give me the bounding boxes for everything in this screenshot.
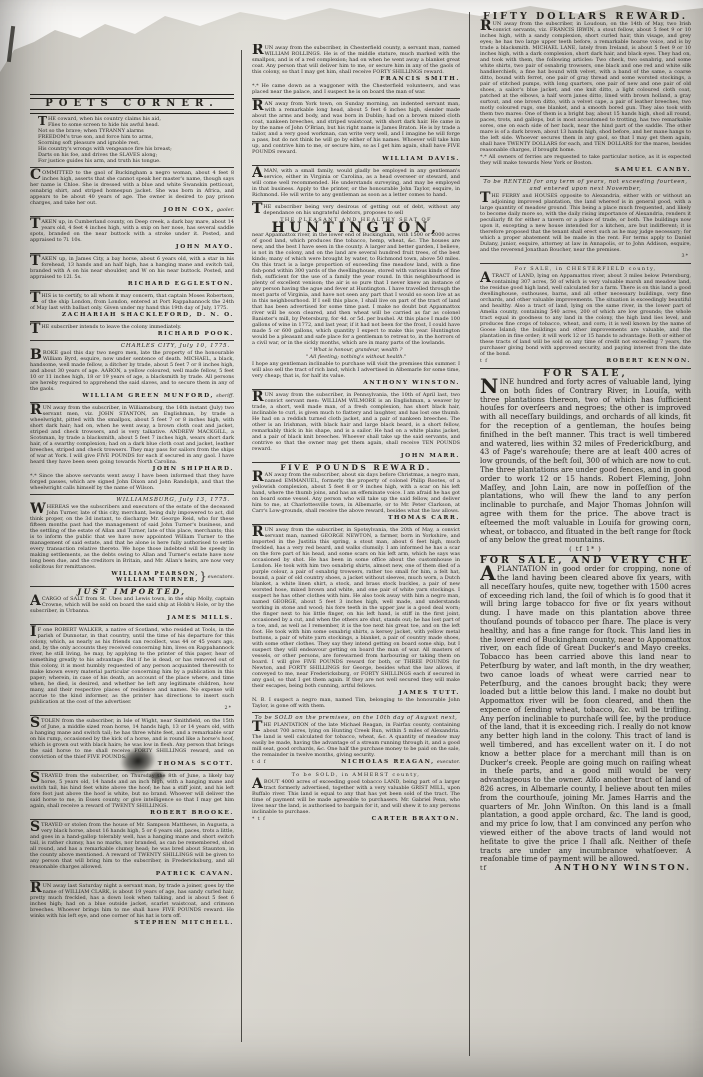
ad-note: *.* He came down as a waggoner with the …: [252, 83, 460, 95]
signature-name: WILLIAM TURNER,: [111, 577, 198, 583]
signature-line: WILLIAM DAVIS.: [252, 156, 460, 162]
ad-body: RAN away from York town, on Sunday morni…: [252, 101, 460, 155]
drop-cap: R: [30, 405, 43, 416]
signature-role: executor.: [437, 759, 460, 765]
ad-block: RUN away from the subscriber, in Spotsyl…: [252, 527, 460, 709]
ad-block: JUST IMPORTED,ACARGO of SALT from St. Ub…: [30, 589, 234, 621]
signature-names: WILLIAM PEARSON,WILLIAM TURNER,: [111, 571, 198, 583]
ad-body: ATRACT of LAND, lying on Appamattox rive…: [480, 273, 691, 357]
ad-separator-rule: [252, 712, 460, 713]
signature-name: JOHN COX,: [164, 207, 215, 213]
ad-body: ACARGO of SALT from St. Ubes and Lewis t…: [30, 596, 234, 614]
drop-cap: T: [30, 256, 41, 267]
signature-name: JAMES TUTT.: [399, 690, 460, 696]
ad-block: FIVE POUNDS REWARD.RAN away from the sub…: [252, 465, 460, 521]
ad-block: IF one ROBERT WALKER, a native of Scotla…: [30, 627, 234, 712]
ad-separator-rule: [30, 321, 234, 322]
signature-role: gaoler.: [217, 207, 234, 213]
ad-separator-rule: [30, 819, 234, 820]
ad-separator-rule: [30, 167, 234, 168]
drop-cap: R: [480, 21, 493, 32]
signature-name: ANTHONY WINSTON.: [555, 865, 691, 871]
brace-glyph: }: [200, 574, 207, 580]
poem: THE coward, when his country claims his …: [30, 116, 234, 164]
drop-cap: B: [30, 350, 43, 361]
signature-line: PATRICK CAVAN.: [30, 871, 234, 877]
signature-name: NICHOLAS REAGAN,: [341, 759, 435, 765]
drop-cap: I: [30, 627, 38, 638]
ad-block: RUN away last Saturday night a servant m…: [30, 883, 234, 926]
ad-body: IF one ROBERT WALKER, a native of Scotla…: [30, 627, 234, 705]
signature-line: t fROBERT KENNON.: [480, 358, 691, 365]
ad-separator-rule: [30, 494, 234, 495]
ad-separator-rule: [30, 880, 234, 881]
ad-block: STRAYED from the subscriber, on Thursday…: [30, 773, 234, 816]
ad-block: To be RENTED for any term of years, not …: [480, 179, 691, 260]
signature-name: JOHN SHIPHARD.: [153, 466, 234, 472]
poem-line: For justice guides his arm, and truth hi…: [38, 158, 234, 164]
signature-line: JOHN MARR.: [252, 453, 460, 459]
ad-headline: FIVE POUNDS REWARD.: [252, 465, 460, 471]
signature-name: JOHN MAYO.: [176, 244, 234, 250]
poets-corner-title: POETS CORNER.: [30, 101, 234, 107]
signature-line: RICHARD POOK.: [41, 331, 234, 337]
ad-block: RAN away from York town, on Sunday morni…: [252, 101, 460, 162]
ad-block: CHARLES CITY, July 10, 1775.BROKE gaol t…: [30, 343, 234, 399]
column-middle: RUN away from the subscriber, in Chester…: [252, 44, 460, 1074]
ad-body: TAKEN up, in Cumberland county, on Deep …: [30, 219, 234, 243]
newspaper-page-photo: { "page_kind": "colonial newspaper adver…: [0, 0, 703, 1077]
executors-signature: WILLIAM PEARSON,WILLIAM TURNER,}executor…: [30, 571, 234, 583]
ad-headline: JUST IMPORTED,: [30, 589, 234, 595]
ad-separator-rule: [30, 290, 234, 291]
signature-line: STEPHEN MITCHELL.: [30, 920, 234, 926]
column-right: FIFTY DOLLARS REWARD.RUN away from the s…: [480, 12, 691, 1074]
signature-line: FRANCIS SMITH.: [252, 76, 460, 82]
ad-note: *.* Since the above servants went away I…: [30, 473, 234, 491]
ad-body: WHEREAS we the subscribers and executors…: [30, 504, 234, 570]
ad-block: To be SOLD on the premises, on the 10th …: [252, 715, 460, 766]
end-mark: ( tf 1* ): [482, 546, 689, 552]
ad-block: For SALE, in CHESTERFIELD county,ATRACT …: [480, 266, 691, 365]
ad-body: THE subscriber intends to leave the colo…: [30, 324, 234, 330]
signature-name: JOHN MARR.: [401, 453, 460, 459]
signature-line: SAMUEL CANBY.: [480, 167, 691, 173]
signature-line: * t fCARTER BRAXTON.: [252, 816, 460, 823]
signature-line: ZACHARIAH SHACKLEFORD, D. N. O.: [30, 312, 234, 318]
ad-body: RAN away from the subscriber, about six …: [252, 472, 460, 514]
ad-block: POETS CORNER.THE coward, when his countr…: [30, 94, 234, 164]
ad-separator-rule: [30, 715, 234, 716]
ad-body: APLANTATION in good order for cropping, …: [480, 565, 691, 864]
drop-cap: R: [252, 392, 265, 403]
signature-role: sheriff.: [216, 393, 234, 399]
ad-headline: FIFTY DOLLARS REWARD.: [480, 14, 691, 20]
drop-cap: A: [480, 273, 492, 284]
ad-block: TAKEN up, in Cumberland county, on Deep …: [30, 219, 234, 250]
ad-body: STRAYED from the subscriber, on Thursday…: [30, 773, 234, 809]
ad-body: RUN away from the subscriber, in Pennsyl…: [252, 392, 460, 452]
drop-cap: T: [252, 204, 263, 215]
signature-name: ROBERT BROOKE.: [150, 810, 234, 816]
signature-name: ANTHONY WINSTON.: [363, 380, 460, 386]
drop-cap: N: [480, 378, 500, 394]
signature-line: JAMES MILLS.: [30, 615, 234, 621]
end-mark: 2*: [32, 706, 232, 712]
drop-cap: T: [38, 116, 48, 126]
ad-body: RUN away from the subscriber, in Spotsyl…: [252, 527, 460, 689]
ad-block: THE subscriber intends to leave the colo…: [30, 324, 234, 337]
drop-cap: R: [30, 883, 43, 894]
ad-dateline: CHARLES CITY, July 10, 1775.: [30, 343, 230, 349]
ad-body: THE PLANTATION of the late Michael Reaga…: [252, 722, 460, 758]
ad-body: RUN away from the subscriber, in Chester…: [252, 45, 460, 75]
ink-blot: [148, 770, 166, 782]
signature-role: executors.: [208, 574, 234, 580]
signature-name: RICHARD EGGLESTON.: [128, 281, 234, 287]
ad-subhead: To be SOLD, in AMHERST county,: [252, 772, 460, 778]
signature-name: WILLIAM DAVIS.: [382, 156, 460, 162]
signature-name: STEPHEN MITCHELL.: [134, 920, 234, 926]
ad-body: TAKEN up, in James City, a bay horse, ab…: [30, 256, 234, 280]
ad-body: STRAYED or stolen from the house of Mr. …: [30, 822, 234, 870]
drop-cap: A: [30, 596, 42, 607]
drop-cap: T: [252, 722, 263, 733]
ad-block: FIFTY DOLLARS REWARD.RUN away from the s…: [480, 14, 691, 173]
quote-line: " What is honour, grandeur, wealth ?: [252, 347, 460, 353]
ad-subhead: To be SOLD on the premises, on the 10th …: [252, 715, 460, 721]
drop-cap: S: [30, 773, 41, 784]
signature-name: ROBERT KENNON.: [606, 358, 691, 364]
column-left: POETS CORNER.THE coward, when his countr…: [30, 92, 234, 1074]
ad-separator-rule: [252, 98, 460, 99]
ad-body: RUN away from the subscriber, in William…: [30, 405, 234, 465]
ad-block: AMAN, with a small family, would gladly …: [252, 168, 460, 198]
signature-name: RICHARD POOK.: [158, 331, 234, 337]
signature-line: JOHN SHIPHARD.: [30, 466, 234, 472]
signature-name: CARTER BRAXTON.: [372, 816, 460, 822]
ad-separator-rule: [30, 624, 234, 625]
ad-subhead: and entered upon next November,: [480, 186, 691, 192]
ad-block: TAKEN up, in James City, a bay horse, ab…: [30, 256, 234, 287]
ad-separator-rule: [252, 524, 460, 525]
ad-body: THIS is to certify, to all whom it may c…: [30, 293, 234, 311]
drop-cap: R: [252, 472, 265, 483]
ad-block: To be SOLD, in AMHERST county,ABOUT 4000…: [252, 772, 460, 823]
ad-note: N. B. I suspect a negro man, named Tim, …: [252, 697, 460, 709]
drop-cap: T: [30, 219, 41, 230]
ad-separator-rule: [30, 340, 234, 341]
signature-line: RICHARD EGGLESTON.: [30, 281, 234, 287]
drop-cap: A: [252, 779, 264, 790]
drop-cap: S: [30, 718, 41, 729]
drop-cap: T: [480, 193, 491, 204]
ad-block: COMMITTED to the gaol of Buckingham a ne…: [30, 170, 234, 213]
signature-name: WILLIAM GREEN MUNFORD,: [82, 393, 214, 399]
ad-separator-rule: [480, 176, 691, 177]
end-mark: tf: [480, 865, 487, 871]
column-divider-rule: [469, 12, 470, 1056]
ad-separator-rule: [252, 769, 460, 770]
decorative-double-rule: [30, 109, 234, 114]
drop-cap: R: [252, 527, 265, 538]
ad-note: *.* All owners of ferries are requested …: [480, 154, 691, 166]
ad-block: THIS is to certify, to all whom it may c…: [30, 293, 234, 318]
drop-cap: T: [30, 293, 41, 304]
ad-block: RUN away from the subscriber, in William…: [30, 405, 234, 491]
ad-body: COMMITTED to the gaol of Buckingham a ne…: [30, 170, 234, 206]
ad-body: THE FERRY and HOUSES opposite to Alexand…: [480, 193, 691, 253]
ad-body: RUN away from the subscriber, in Loudoun…: [480, 21, 691, 153]
ad-body: I hope any gentleman inclinable to purch…: [252, 361, 460, 379]
ad-body: AMAN, with a small family, would gladly …: [252, 168, 460, 198]
ad-block: WILLIAMSBURG, July 13, 1775.WHEREAS we t…: [30, 497, 234, 583]
signature-line: WILLIAM GREEN MUNFORD,sheriff.: [30, 393, 234, 399]
signature-name: SAMUEL CANBY.: [615, 167, 691, 173]
ad-separator-rule: [30, 216, 234, 217]
drop-cap: R: [252, 45, 265, 56]
ad-block: RUN away from the subscriber, in Pennsyl…: [252, 392, 460, 459]
signature-name: THOMAS CARR.: [388, 515, 460, 521]
end-mark: t d f: [252, 760, 266, 766]
ad-subhead: For SALE, in CHESTERFIELD county,: [480, 266, 691, 272]
ad-quote: " What is honour, grandeur, wealth ?" Al…: [252, 347, 460, 360]
ad-separator-rule: [30, 402, 234, 403]
signature-name: JAMES MILLS.: [167, 615, 234, 621]
drop-cap: C: [30, 170, 42, 181]
ad-block: STRAYED or stolen from the house of Mr. …: [30, 822, 234, 877]
ad-body: NINE hundred and forty acres of valuable…: [480, 378, 691, 545]
ad-body: THE subscriber being very desirous of ge…: [252, 204, 460, 216]
signature-name: THOMAS SCOTT.: [158, 761, 234, 767]
ad-separator-rule: [480, 263, 691, 264]
ad-body: ABOUT 4000 acres of exceeding good tobac…: [252, 779, 460, 815]
drop-cap: A: [252, 168, 264, 179]
ad-separator-rule: [252, 201, 460, 202]
ad-subhead: To be RENTED for any term of years, not …: [480, 179, 691, 185]
ad-block: RUN away from the subscriber, in Chester…: [252, 45, 460, 95]
ad-body: RUN away last Saturday night a servant m…: [30, 883, 234, 919]
signature-line: JOHN MAYO.: [30, 244, 234, 250]
end-mark: * t f: [252, 817, 266, 823]
ad-body: near Appamattox river, in the lower end …: [252, 232, 460, 346]
drop-cap: T: [30, 324, 41, 335]
column-divider-rule: [241, 50, 242, 1042]
signature-line: JOHN COX,gaoler.: [30, 207, 234, 213]
drop-cap: A: [480, 565, 497, 581]
signature-name: PATRICK CAVAN.: [156, 871, 234, 877]
signature-line: tfANTHONY WINSTON.: [480, 865, 691, 871]
drop-cap: S: [30, 822, 41, 833]
ad-block: FOR SALE, AND VERY CHEAP,APLANTATION in …: [480, 558, 691, 871]
ad-headline: HUNTINGTON,: [252, 225, 460, 231]
signature-line: JAMES TUTT.: [252, 690, 460, 696]
signature-name: ZACHARIAH SHACKLEFORD, D. N. O.: [62, 312, 234, 318]
ad-separator-rule: [30, 253, 234, 254]
end-mark: t f: [480, 359, 488, 365]
quote-line: " All fleeting; nothing's without health…: [252, 354, 460, 360]
ad-block: FOR SALE,NINE hundred and forty acres of…: [480, 371, 691, 552]
signature-name: FRANCIS SMITH.: [380, 76, 460, 82]
signature-line: ROBERT BROOKE.: [30, 810, 234, 816]
drop-cap: W: [30, 504, 47, 515]
ad-body: BROKE gaol this day two negro men, late …: [30, 350, 234, 392]
drop-cap: R: [252, 101, 265, 112]
signature-line: THOMAS CARR.: [252, 515, 460, 521]
ad-block: THE subscriber being very desirous of ge…: [252, 204, 460, 386]
ad-dateline: WILLIAMSBURG, July 13, 1775.: [30, 497, 230, 503]
ad-separator-rule: [252, 165, 460, 166]
signature-line: t d fNICHOLAS REAGAN,executor.: [252, 759, 460, 766]
ad-separator-rule: [252, 389, 460, 390]
signature-line: ANTHONY WINSTON.: [252, 380, 460, 386]
end-mark: 3*: [482, 254, 689, 260]
